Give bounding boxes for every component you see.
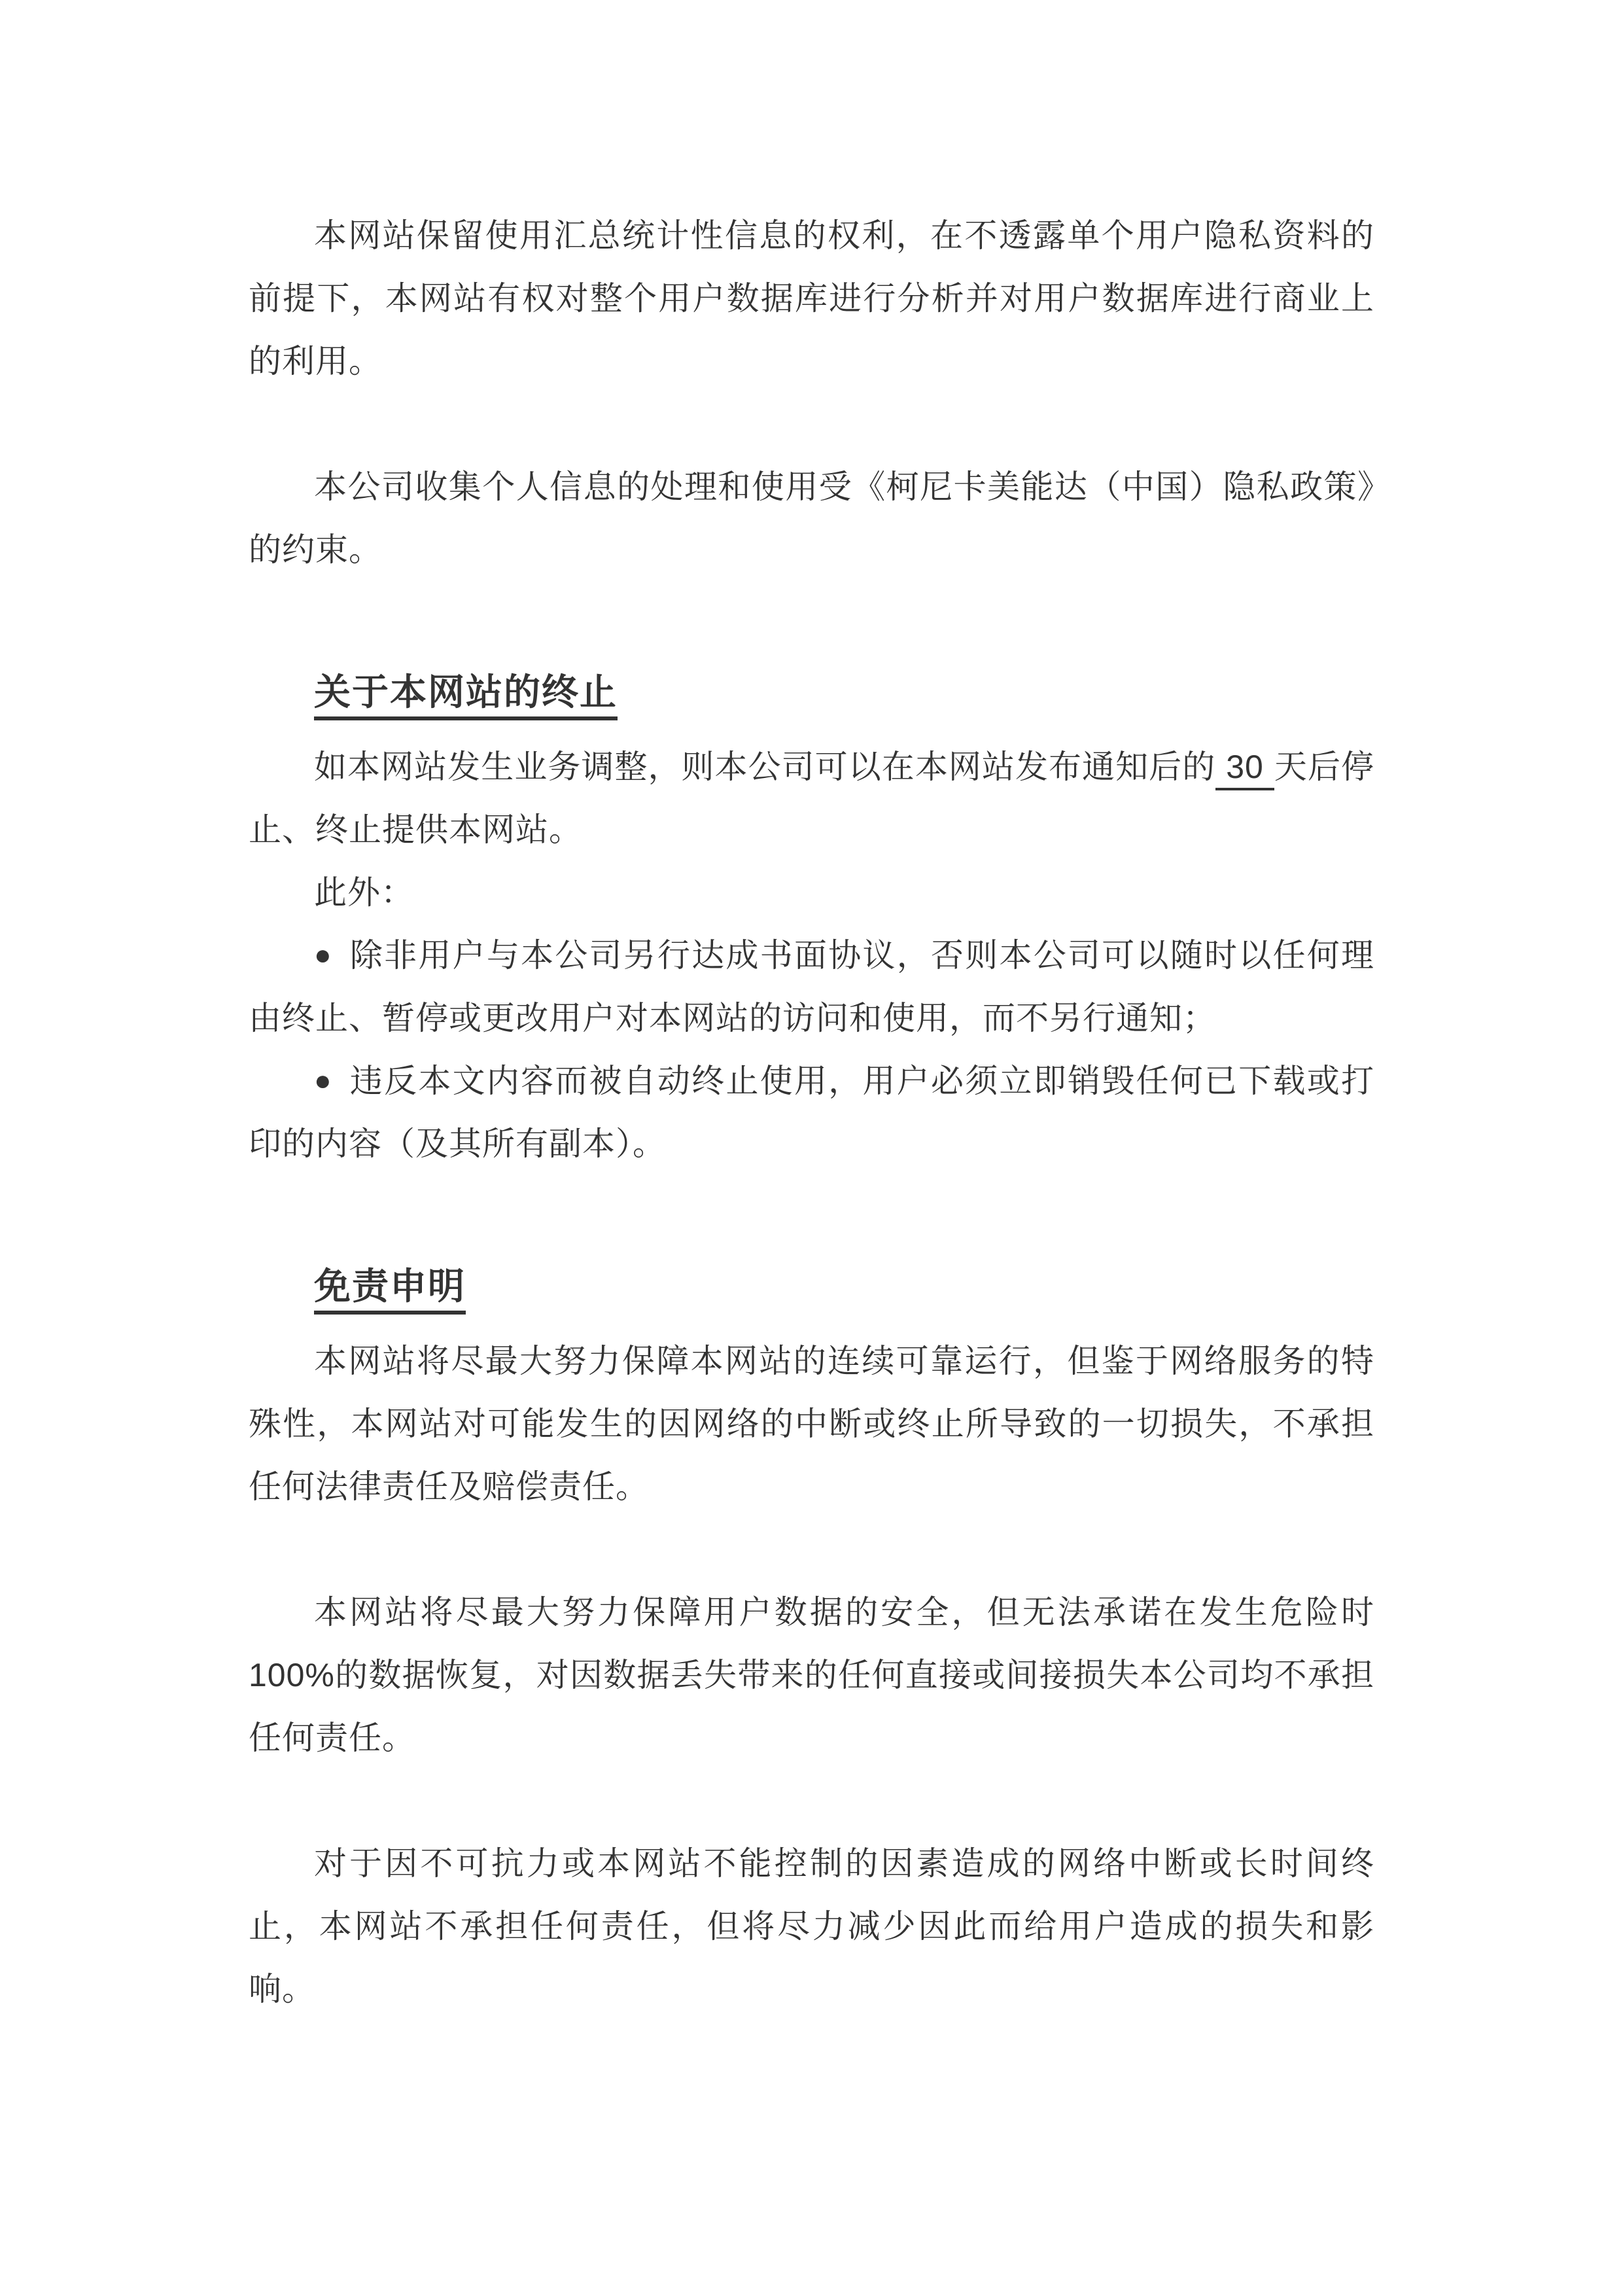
termination-days-blank: 30	[1215, 749, 1274, 790]
disclaimer-paragraph-reliability: 本网站将尽最大努力保障本网站的连续可靠运行，但鉴于网络服务的特殊性，本网站对可能…	[249, 1330, 1374, 1518]
intro-paragraph-privacy-policy: 本公司收集个人信息的处理和使用受《柯尼卡美能达（中国）隐私政策》的约束。	[249, 455, 1374, 581]
termination-bullet-item-1: ●除非用户与本公司另行达成书面协议，否则本公司可以随时以任何理由终止、暂停或更改…	[249, 924, 1374, 1050]
termination-notice-paragraph: 如本网站发生业务调整，则本公司可以在本网站发布通知后的30天后停止、终止提供本网…	[249, 735, 1374, 861]
disclaimer-paragraph-force-majeure: 对于因不可抗力或本网站不能控制的因素造成的网络中断或长时间终止，本网站不承担任何…	[249, 1832, 1374, 2021]
termination-bullet-text-1: 除非用户与本公司另行达成书面协议，否则本公司可以随时以任何理由终止、暂停或更改用…	[249, 937, 1374, 1036]
section-heading-disclaimer: 免责申明	[249, 1254, 1374, 1319]
section-heading-termination: 关于本网站的终止	[249, 660, 1374, 725]
disclaimer-heading-text: 免责申明	[314, 1265, 466, 1315]
termination-bullet-text-2: 违反本文内容而被自动终止使用，用户必须立即销毁任何已下载或打印的内容（及其所有副…	[249, 1063, 1374, 1162]
termination-additional-label: 此外：	[249, 861, 1374, 924]
bullet-icon: ●	[314, 1065, 333, 1097]
termination-notice-pre: 如本网站发生业务调整，则本公司可以在本网站发布通知后的	[314, 749, 1215, 785]
termination-bullet-item-2: ●违反本文内容而被自动终止使用，用户必须立即销毁任何已下载或打印的内容（及其所有…	[249, 1050, 1374, 1175]
intro-paragraph-statistics-rights: 本网站保留使用汇总统计性信息的权利，在不透露单个用户隐私资料的前提下，本网站有权…	[249, 204, 1374, 393]
document-page: 本网站保留使用汇总统计性信息的权利，在不透露单个用户隐私资料的前提下，本网站有权…	[0, 0, 1623, 2296]
bullet-icon: ●	[314, 939, 333, 971]
disclaimer-paragraph-data-safety: 本网站将尽最大努力保障用户数据的安全，但无法承诺在发生危险时 100%的数据恢复…	[249, 1581, 1374, 1769]
termination-heading-text: 关于本网站的终止	[314, 671, 618, 720]
